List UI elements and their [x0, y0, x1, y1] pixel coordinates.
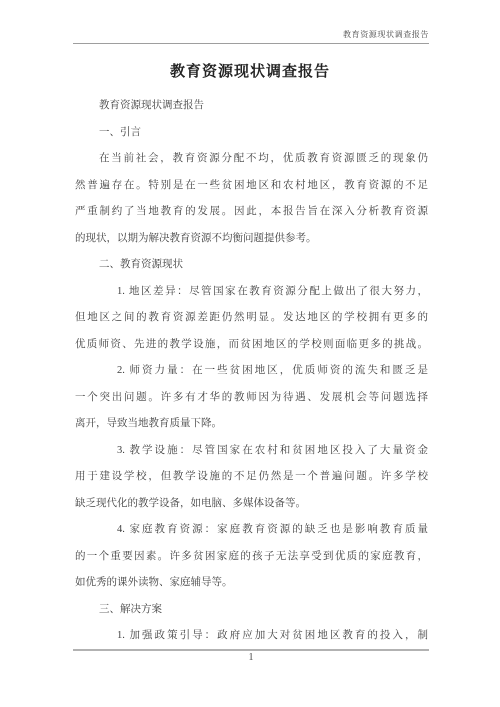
document-page: 教育资源现状调查报告 教育资源现状调查报告 教育资源现状调查报告一、引言在当前社…	[0, 0, 500, 707]
text-line: 如优秀的课外读物、家庭辅导等。	[75, 570, 428, 597]
text-line: 二、教育资源现状	[75, 252, 428, 279]
text-line: 但地区之间的教育资源差距仍然明显。发达地区的学校拥有更多的	[75, 305, 428, 332]
text-line: 1. 加强政策引导：政府应加大对贫困地区教育的投入，制	[75, 623, 428, 650]
text-line: 缺乏现代化的教学设备，如电脑、多媒体设备等。	[75, 491, 428, 518]
text-line: 的现状，以期为解决教育资源不均衡问题提供参考。	[75, 226, 428, 253]
document-lines: 教育资源现状调查报告一、引言在当前社会，教育资源分配不均，优质教育资源匮乏的现象…	[75, 93, 428, 650]
text-line: 的一个重要因素。许多贫困家庭的孩子无法享受到优质的家庭教育，	[75, 544, 428, 571]
header-title: 教育资源现状调查报告	[73, 0, 429, 40]
text-line: 一个突出问题。许多有才华的教师因为待遇、发展机会等问题选择	[75, 385, 428, 412]
text-line: 在当前社会，教育资源分配不均，优质教育资源匮乏的现象仍	[75, 146, 428, 173]
text-line: 教育资源现状调查报告	[75, 93, 428, 120]
text-line: 严重制约了当地教育的发展。因此，本报告旨在深入分析教育资源	[75, 199, 428, 226]
text-line: 然普遍存在。特别是在一些贫困地区和农村地区，教育资源的不足	[75, 173, 428, 200]
document-title: 教育资源现状调查报告	[0, 60, 500, 81]
text-line: 优质师资、先进的教学设施，而贫困地区的学校则面临更多的挑战。	[75, 332, 428, 359]
text-line: 2. 师资力量：在一些贫困地区，优质师资的流失和匮乏是	[75, 358, 428, 385]
text-line: 3. 教学设施：尽管国家在农村和贫困地区投入了大量资金	[75, 438, 428, 465]
text-line: 一、引言	[75, 120, 428, 147]
text-line: 离开，导致当地教育质量下降。	[75, 411, 428, 438]
text-line: 1. 地区差异：尽管国家在教育资源分配上做出了很大努力，	[75, 279, 428, 306]
header-rule	[73, 43, 429, 44]
page-header: 教育资源现状调查报告	[73, 0, 429, 44]
page-footer: 1	[73, 649, 429, 663]
page-number: 1	[73, 651, 429, 663]
text-line: 4. 家庭教育资源：家庭教育资源的缺乏也是影响教育质量	[75, 517, 428, 544]
text-line: 用于建设学校，但教学设施的不足仍然是一个普遍问题。许多学校	[75, 464, 428, 491]
text-line: 三、解决方案	[75, 597, 428, 624]
